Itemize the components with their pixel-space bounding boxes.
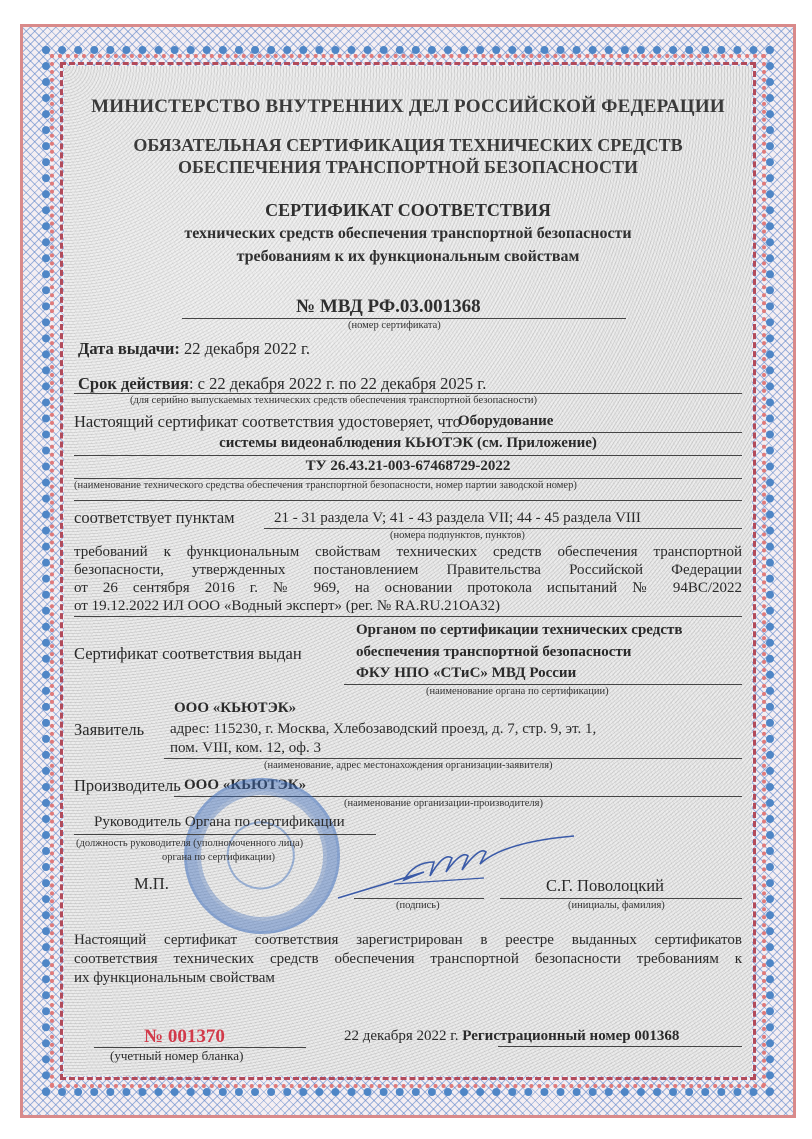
compliance-label: соответствует пунктам bbox=[74, 508, 235, 528]
registration-number-value: 001368 bbox=[634, 1028, 679, 1044]
registry-text-line3: их функциональным свойствам bbox=[74, 970, 275, 987]
signatory-position: Руководитель Органа по сертификации bbox=[94, 814, 345, 831]
applicant-address-line1: адрес: 115230, г. Москва, Хлебозаводский… bbox=[170, 721, 596, 738]
requirements-line2: безопасности, утвержденных постановление… bbox=[74, 562, 742, 579]
certificate-number: № МВД РФ.03.001368 bbox=[296, 296, 481, 318]
signatory-position-caption-line2: органа по сертификации) bbox=[162, 852, 275, 863]
signatory-name: С.Г. Поволоцкий bbox=[546, 876, 664, 896]
issuer-line1: Органом по сертификации технических сред… bbox=[356, 622, 682, 639]
applicant-label: Заявитель bbox=[74, 720, 144, 740]
certification-type-line1: ОБЯЗАТЕЛЬНАЯ СЕРТИФИКАЦИЯ ТЕХНИЧЕСКИХ СР… bbox=[64, 134, 752, 156]
manufacturer-caption: (наименование организации-производителя) bbox=[344, 798, 543, 809]
signatory-name-caption: (инициалы, фамилия) bbox=[568, 900, 665, 911]
issue-date: Дата выдачи: 22 декабря 2022 г. bbox=[78, 339, 310, 359]
certificate-title: СЕРТИФИКАТ СООТВЕТСТВИЯ bbox=[64, 200, 752, 221]
issue-date-label: Дата выдачи: bbox=[78, 339, 180, 358]
issuer-caption: (наименование органа по сертификации) bbox=[426, 686, 609, 697]
issuer-line3: ФКУ НПО «СТиС» МВД России bbox=[356, 665, 576, 682]
product-line2: системы видеонаблюдения КЬЮТЭК (см. Прил… bbox=[64, 435, 752, 452]
requirements-line3: от 26 сентября 2016 г. № 969, на основан… bbox=[74, 580, 742, 597]
certificate-subtitle-line2: требованиям к их функциональным свойства… bbox=[64, 245, 752, 268]
registry-text-line1: Настоящий сертификат соответствия зареги… bbox=[74, 932, 742, 949]
signature-caption: (подпись) bbox=[396, 900, 440, 911]
product-line3: ТУ 26.43.21-003-67468729-2022 bbox=[64, 458, 752, 475]
validity-value: : с 22 декабря 2022 г. по 22 декабря 202… bbox=[189, 374, 486, 393]
ministry-heading: МИНИСТЕРСТВО ВНУТРЕННИХ ДЕЛ РОССИЙСКОЙ Ф… bbox=[64, 96, 752, 118]
form-number-caption: (учетный номер бланка) bbox=[110, 1048, 243, 1064]
applicant-name: ООО «КЬЮТЭК» bbox=[174, 700, 296, 717]
registry-text-line2: соответствия технических средств обеспеч… bbox=[74, 951, 742, 968]
validity-caption: (для серийно выпускаемых технических сре… bbox=[130, 395, 537, 406]
product-line1: Оборудование bbox=[458, 413, 553, 430]
certificate-number-caption: (номер сертификата) bbox=[348, 320, 441, 331]
validity-label: Срок действия bbox=[78, 374, 189, 393]
certification-type-line2: ОБЕСПЕЧЕНИЯ ТРАНСПОРТНОЙ БЕЗОПАСНОСТИ bbox=[64, 156, 752, 178]
registration-date: 22 декабря 2022 г. bbox=[344, 1028, 459, 1044]
compliance-caption: (номера подпунктов, пунктов) bbox=[390, 530, 525, 541]
requirements-line4: от 19.12.2022 ИЛ ООО «Водный эксперт» (р… bbox=[74, 598, 500, 615]
registration-number-label: Регистрационный номер bbox=[462, 1028, 630, 1044]
issuer-label: Сертификат соответствия выдан bbox=[74, 644, 302, 664]
requirements-line1: требований к функциональным свойствам те… bbox=[74, 544, 742, 561]
applicant-address-line2: пом. VIII, ком. 12, оф. 3 bbox=[170, 740, 321, 757]
validity-period: Срок действия: с 22 декабря 2022 г. по 2… bbox=[78, 374, 486, 394]
applicant-caption: (наименование, адрес местонахождения орг… bbox=[264, 760, 553, 771]
registration-line: 22 декабря 2022 г. Регистрационный номер… bbox=[344, 1028, 679, 1045]
subject-intro: Настоящий сертификат соответствия удосто… bbox=[74, 412, 461, 432]
issuer-line2: обеспечения транспортной безопасности bbox=[356, 644, 631, 661]
signatory-position-caption-line1: (должность руководителя (уполномоченного… bbox=[76, 838, 303, 849]
form-number: № 001370 bbox=[144, 1026, 225, 1048]
certificate-subtitle-line1: технических средств обеспечения транспор… bbox=[64, 222, 752, 245]
seal-place-mark: М.П. bbox=[134, 874, 169, 894]
manufacturer-label: Производитель bbox=[74, 776, 181, 796]
product-caption: (наименование технического средства обес… bbox=[74, 480, 577, 491]
issue-date-value: 22 декабря 2022 г. bbox=[184, 339, 310, 358]
compliance-clauses: 21 - 31 раздела V; 41 - 43 раздела VII; … bbox=[274, 510, 641, 527]
certificate-document: МИНИСТЕРСТВО ВНУТРЕННИХ ДЕЛ РОССИЙСКОЙ Ф… bbox=[64, 66, 752, 1076]
